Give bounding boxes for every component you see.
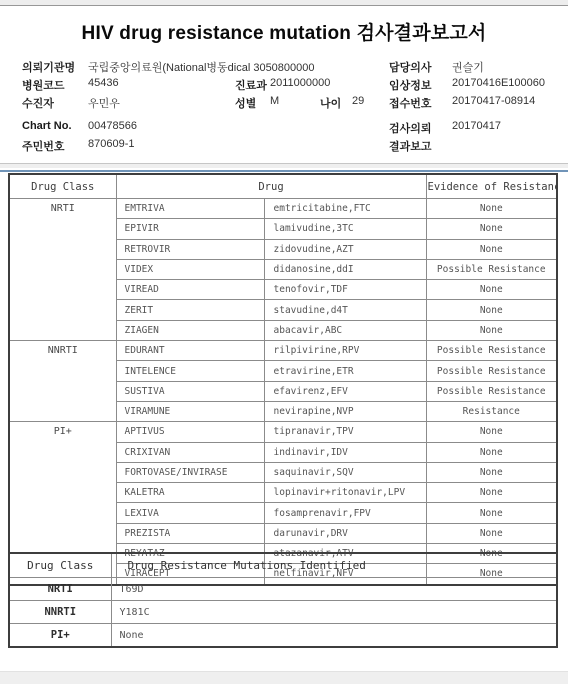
drug-brand-cell: APTIVUS bbox=[116, 422, 264, 442]
page-title: HIV drug resistance mutation 검사결과보고서 bbox=[0, 18, 568, 45]
doctor-value: 권슬기 bbox=[452, 59, 484, 75]
drug-generic-cell: etravirine,ETR bbox=[264, 361, 426, 381]
mutation-value-cell: T69D bbox=[111, 578, 557, 601]
drug-brand-cell: ZERIT bbox=[116, 300, 264, 320]
ssn-label: 주민번호 bbox=[22, 138, 65, 154]
drug-brand-cell: CRIXIVAN bbox=[116, 442, 264, 462]
drug-generic-cell: darunavir,DRV bbox=[264, 523, 426, 543]
resistance-table: Drug Class Drug Evidence of Resistance N… bbox=[8, 173, 558, 586]
evidence-cell: None bbox=[426, 462, 557, 482]
window-top-bar bbox=[0, 0, 568, 6]
drug-brand-cell: EDURANT bbox=[116, 341, 264, 361]
mutation-table: Drug Class Drug Resistance Mutations Ide… bbox=[8, 552, 558, 648]
mutations-identified-header: Drug Resistance Mutations Identified bbox=[111, 553, 557, 578]
drug-generic-cell: abacavir,ABC bbox=[264, 320, 426, 340]
drug-brand-cell: VIDEX bbox=[116, 259, 264, 279]
evidence-cell: None bbox=[426, 422, 557, 442]
evidence-cell: None bbox=[426, 503, 557, 523]
evidence-cell: None bbox=[426, 219, 557, 239]
dept-value: 2011000000 bbox=[270, 77, 330, 89]
mutation-row: NRTI T69D bbox=[9, 578, 557, 601]
mutation-class-cell: NNRTI bbox=[9, 601, 111, 624]
age-label: 나이 bbox=[320, 95, 341, 111]
mutation-class-cell: NRTI bbox=[9, 578, 111, 601]
window-bottom-bar bbox=[0, 671, 568, 684]
evidence-header: Evidence of Resistance bbox=[426, 174, 557, 199]
org-value: 국립중앙의료원(National병동dical 3050800000 bbox=[88, 59, 315, 75]
age-value: 29 bbox=[352, 95, 364, 107]
patient-value: 우민우 bbox=[88, 95, 120, 111]
drug-row: PI+ APTIVUS tipranavir,TPV None bbox=[9, 422, 557, 442]
mutation-row: NNRTI Y181C bbox=[9, 601, 557, 624]
drug-generic-cell: indinavir,IDV bbox=[264, 442, 426, 462]
clinical-label: 임상정보 bbox=[389, 77, 432, 93]
drug-brand-cell: RETROVIR bbox=[116, 239, 264, 259]
evidence-cell: Possible Resistance bbox=[426, 341, 557, 361]
drug-brand-cell: ZIAGEN bbox=[116, 320, 264, 340]
drug-brand-cell: VIREAD bbox=[116, 280, 264, 300]
chart-no-value: 00478566 bbox=[88, 120, 137, 132]
drug-brand-cell: INTELENCE bbox=[116, 361, 264, 381]
drug-brand-cell: PREZISTA bbox=[116, 523, 264, 543]
dept-label: 진료과 bbox=[235, 77, 267, 93]
mutation-table-header: Drug Class Drug Resistance Mutations Ide… bbox=[9, 553, 557, 578]
evidence-cell: None bbox=[426, 320, 557, 340]
mutation-drug-class-header: Drug Class bbox=[9, 553, 111, 578]
evidence-cell: Possible Resistance bbox=[426, 259, 557, 279]
clinical-value: 20170416E100060 bbox=[452, 77, 545, 89]
sex-value: M bbox=[270, 95, 279, 107]
patient-label: 수진자 bbox=[22, 95, 54, 111]
mutation-class-cell: PI+ bbox=[9, 624, 111, 648]
drug-generic-cell: nevirapine,NVP bbox=[264, 401, 426, 421]
chart-no-label: Chart No. bbox=[22, 120, 72, 132]
drug-brand-cell: VIRAMUNE bbox=[116, 401, 264, 421]
drug-generic-cell: lopinavir+ritonavir,LPV bbox=[264, 483, 426, 503]
drug-brand-cell: KALETRA bbox=[116, 483, 264, 503]
evidence-cell: None bbox=[426, 300, 557, 320]
request-date-label: 검사의뢰 bbox=[389, 120, 432, 136]
evidence-cell: Possible Resistance bbox=[426, 381, 557, 401]
hospital-code-label: 병원코드 bbox=[22, 77, 65, 93]
resistance-table-header: Drug Class Drug Evidence of Resistance bbox=[9, 174, 557, 199]
drug-brand-cell: SUSTIVA bbox=[116, 381, 264, 401]
section-divider bbox=[0, 163, 568, 168]
drug-generic-cell: fosamprenavir,FPV bbox=[264, 503, 426, 523]
drug-class-header: Drug Class bbox=[9, 174, 116, 199]
mutation-value-cell: Y181C bbox=[111, 601, 557, 624]
drug-generic-cell: zidovudine,AZT bbox=[264, 239, 426, 259]
sex-label: 성별 bbox=[235, 95, 256, 111]
evidence-cell: None bbox=[426, 442, 557, 462]
blue-divider-line bbox=[0, 170, 568, 172]
doctor-label: 담당의사 bbox=[389, 59, 432, 75]
evidence-cell: None bbox=[426, 280, 557, 300]
drug-brand-cell: EMTRIVA bbox=[116, 199, 264, 219]
drug-class-cell: NNRTI bbox=[9, 341, 116, 422]
drug-generic-cell: tenofovir,TDF bbox=[264, 280, 426, 300]
drug-generic-cell: stavudine,d4T bbox=[264, 300, 426, 320]
ssn-value: 870609-1 bbox=[88, 138, 135, 150]
evidence-cell: Resistance bbox=[426, 401, 557, 421]
evidence-cell: None bbox=[426, 483, 557, 503]
drug-generic-cell: saquinavir,SQV bbox=[264, 462, 426, 482]
drug-generic-cell: didanosine,ddI bbox=[264, 259, 426, 279]
evidence-cell: None bbox=[426, 523, 557, 543]
org-label: 의뢰기관명 bbox=[22, 59, 75, 75]
drug-generic-cell: emtricitabine,FTC bbox=[264, 199, 426, 219]
drug-generic-cell: rilpivirine,RPV bbox=[264, 341, 426, 361]
evidence-cell: None bbox=[426, 239, 557, 259]
drug-row: NRTI EMTRIVA emtricitabine,FTC None bbox=[9, 199, 557, 219]
drug-brand-cell: FORTOVASE/INVIRASE bbox=[116, 462, 264, 482]
drug-brand-cell: LEXIVA bbox=[116, 503, 264, 523]
mutation-row: PI+ None bbox=[9, 624, 557, 648]
drug-row: NNRTI EDURANT rilpivirine,RPV Possible R… bbox=[9, 341, 557, 361]
drug-generic-cell: lamivudine,3TC bbox=[264, 219, 426, 239]
evidence-cell: None bbox=[426, 199, 557, 219]
evidence-cell: Possible Resistance bbox=[426, 361, 557, 381]
drug-brand-cell: EPIVIR bbox=[116, 219, 264, 239]
drug-generic-cell: efavirenz,EFV bbox=[264, 381, 426, 401]
receipt-label: 접수번호 bbox=[389, 95, 432, 111]
receipt-value: 20170417-08914 bbox=[452, 95, 535, 107]
report-date-label: 결과보고 bbox=[389, 138, 432, 154]
hospital-code-value: 45436 bbox=[88, 77, 119, 89]
drug-generic-cell: tipranavir,TPV bbox=[264, 422, 426, 442]
mutation-value-cell: None bbox=[111, 624, 557, 648]
drug-class-cell: NRTI bbox=[9, 199, 116, 341]
drug-header: Drug bbox=[116, 174, 426, 199]
request-date-value: 20170417 bbox=[452, 120, 501, 132]
